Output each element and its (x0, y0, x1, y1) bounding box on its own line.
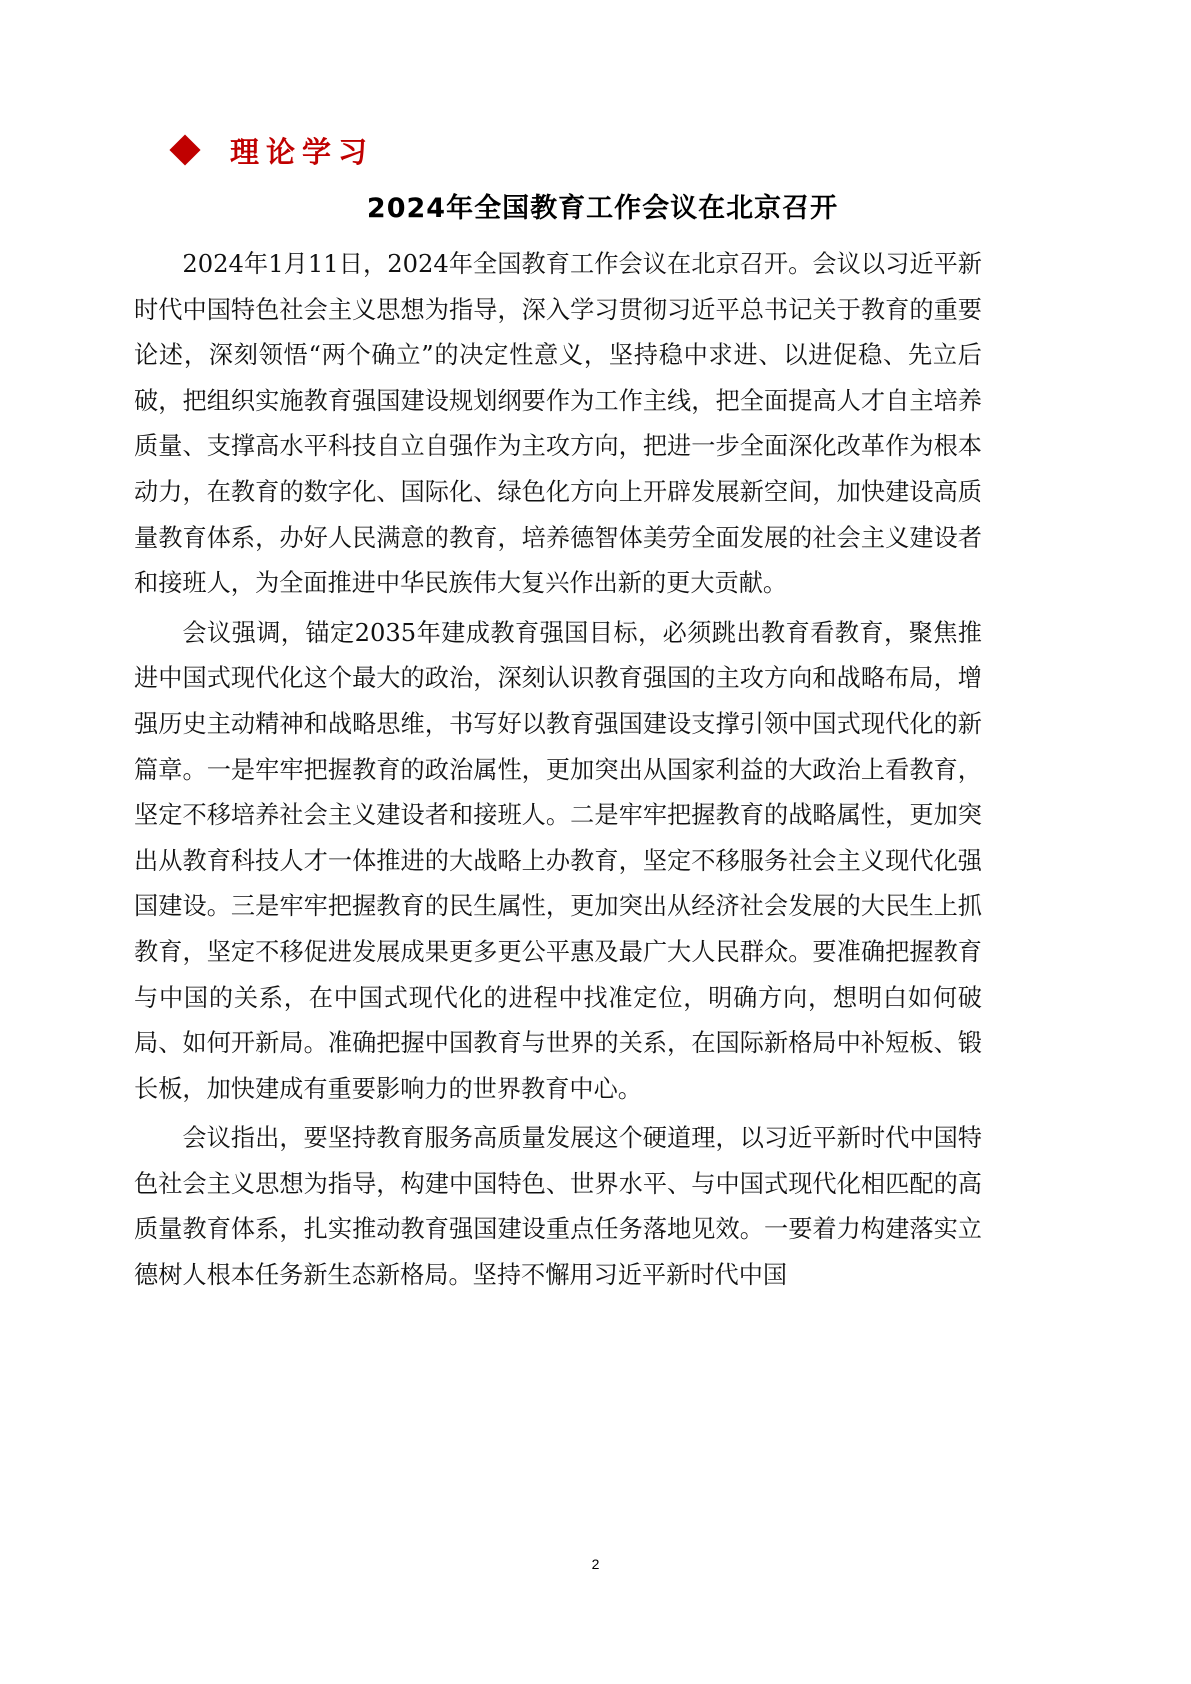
paragraph: 会议指出，要坚持教育服务高质量发展这个硬道理，以习近平新时代中国特色社会主义思想… (134, 1116, 982, 1298)
document-page: 理论学习 2024年全国教育工作会议在北京召开 2024年1月11日，2024年… (0, 0, 1191, 1684)
paragraph: 2024年1月11日，2024年全国教育工作会议在北京召开。会议以习近平新时代中… (134, 242, 982, 607)
article-body: 2024年1月11日，2024年全国教育工作会议在北京召开。会议以习近平新时代中… (134, 242, 982, 1303)
article-title: 2024年全国教育工作会议在北京召开 (0, 186, 1191, 225)
diamond-bullet-icon (169, 134, 200, 165)
paragraph: 会议强调，锚定2035年建成教育强国目标，必须跳出教育看教育，聚焦推进中国式现代… (134, 611, 982, 1113)
section-header: 理论学习 (168, 128, 374, 172)
section-title: 理论学习 (230, 130, 374, 171)
page-number: 2 (0, 1556, 1191, 1572)
